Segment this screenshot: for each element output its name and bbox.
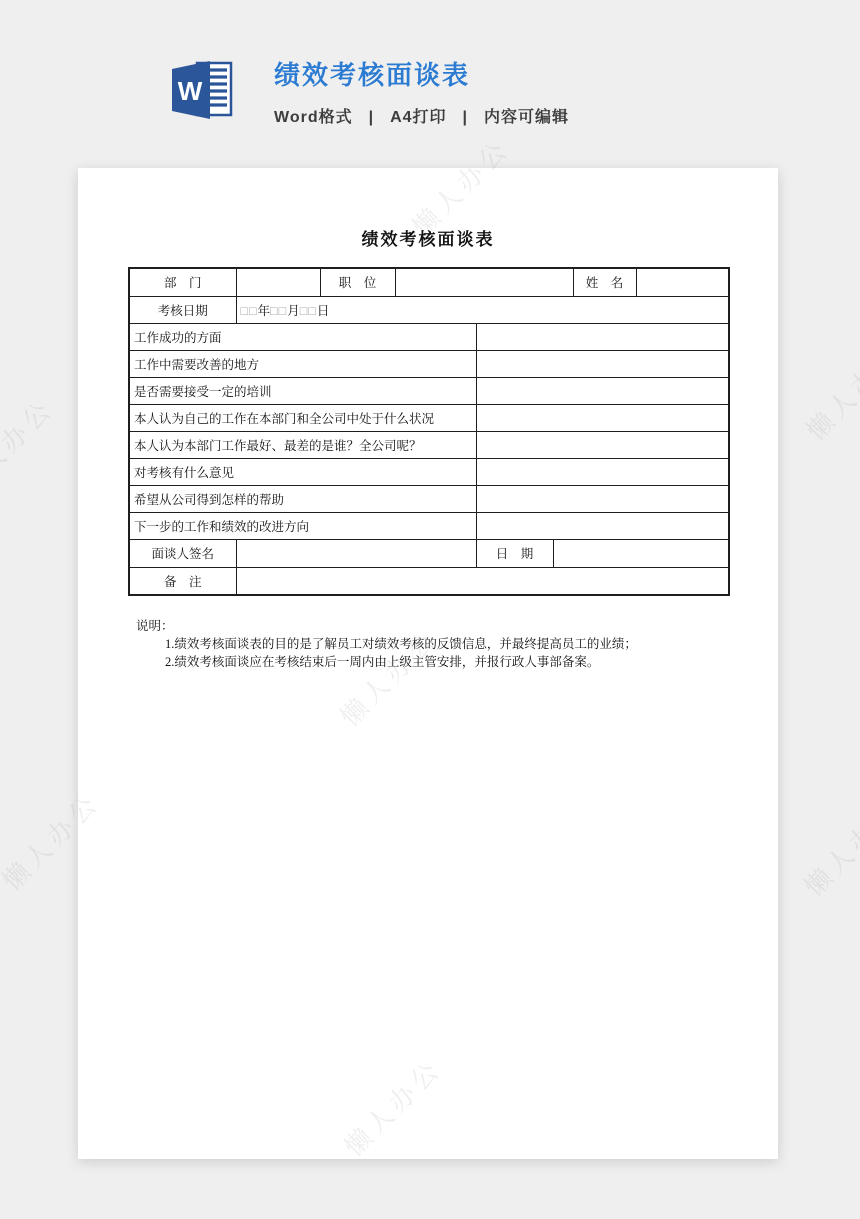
answer-cell	[476, 350, 729, 377]
subtitle-word-format: Word格式	[274, 109, 353, 126]
question-label: 希望从公司得到怎样的帮助	[129, 485, 476, 512]
table-row: 是否需要接受一定的培训	[129, 377, 729, 404]
table-row: 部 门 职 位 姓 名	[129, 268, 729, 296]
watermark: 懒人办公	[795, 790, 860, 904]
dept-value-cell	[236, 268, 320, 296]
date-day-boxes: □□	[300, 304, 317, 318]
remark-label: 备 注	[129, 567, 236, 595]
document-page: 绩效考核面谈表 部 门 职 位 姓 名 考核日期 □□年□□月□□日	[78, 168, 778, 1159]
note-item: 2.绩效考核面谈应在考核结束后一周内由上级主管安排，并报行政人事部备案。	[165, 653, 736, 671]
answer-cell	[476, 458, 729, 485]
answer-cell	[476, 323, 729, 350]
watermark: 懒人办公	[797, 334, 860, 448]
form-title: 绩效考核面谈表	[78, 225, 778, 250]
table-row: 本人认为自己的工作在本部门和全公司中处于什么状况	[129, 404, 729, 431]
subtitle-a4-print: A4打印	[390, 109, 446, 126]
table-row: 本人认为本部门工作最好、最差的是谁？全公司呢？	[129, 431, 729, 458]
date-month-unit: 月	[287, 304, 300, 318]
subtitle-separator: |	[369, 109, 374, 126]
date-year-unit: 年	[258, 304, 271, 318]
interviewer-signature-label: 面谈人签名	[129, 539, 236, 567]
notes-heading: 说明：	[136, 617, 736, 635]
table-row: 下一步的工作和绩效的改进方向	[129, 512, 729, 539]
table-row: 考核日期 □□年□□月□□日	[129, 296, 729, 323]
word-icon: W	[170, 60, 234, 120]
subtitle-editable: 内容可编辑	[484, 109, 569, 126]
table-row: 工作成功的方面	[129, 323, 729, 350]
question-label: 是否需要接受一定的培训	[129, 377, 476, 404]
answer-cell	[476, 404, 729, 431]
table-row: 面谈人签名 日 期	[129, 539, 729, 567]
answer-cell	[476, 512, 729, 539]
format-subtitle: Word格式|A4打印|内容可编辑	[274, 104, 569, 127]
note-item: 1.绩效考核面谈表的目的是了解员工对绩效考核的反馈信息，并最终提高员工的业绩；	[165, 635, 736, 653]
answer-cell	[476, 377, 729, 404]
date-year-boxes: □□	[241, 304, 258, 318]
answer-cell	[476, 431, 729, 458]
remark-cell	[236, 567, 729, 595]
name-value-cell	[636, 268, 729, 296]
appraisal-form-table: 部 门 职 位 姓 名 考核日期 □□年□□月□□日 工作成功的方面 工作中需要…	[128, 267, 730, 596]
interviewer-signature-cell	[236, 539, 476, 567]
table-row: 备 注	[129, 567, 729, 595]
position-label: 职 位	[320, 268, 395, 296]
appraisal-date-value-cell: □□年□□月□□日	[236, 296, 729, 323]
table-row: 希望从公司得到怎样的帮助	[129, 485, 729, 512]
name-label: 姓 名	[573, 268, 636, 296]
appraisal-date-label: 考核日期	[129, 296, 236, 323]
table-row: 对考核有什么意见	[129, 458, 729, 485]
table-row: 工作中需要改善的地方	[129, 350, 729, 377]
sign-date-cell	[553, 539, 729, 567]
sign-date-label: 日 期	[476, 539, 553, 567]
date-month-boxes: □□	[270, 304, 287, 318]
date-day-unit: 日	[317, 304, 330, 318]
page-title: 绩效考核面谈表	[274, 60, 569, 90]
question-label: 对考核有什么意见	[129, 458, 476, 485]
watermark: 懒人办公	[0, 390, 61, 504]
dept-label: 部 门	[129, 268, 236, 296]
svg-text:W: W	[178, 76, 203, 106]
position-value-cell	[395, 268, 573, 296]
subtitle-separator: |	[463, 109, 468, 126]
answer-cell	[476, 485, 729, 512]
site-header: W 绩效考核面谈表 Word格式|A4打印|内容可编辑	[170, 60, 569, 127]
question-label: 下一步的工作和绩效的改进方向	[129, 512, 476, 539]
question-label: 工作成功的方面	[129, 323, 476, 350]
notes-section: 说明： 1.绩效考核面谈表的目的是了解员工对绩效考核的反馈信息，并最终提高员工的…	[136, 617, 736, 671]
question-label: 本人认为自己的工作在本部门和全公司中处于什么状况	[129, 404, 476, 431]
question-label: 本人认为本部门工作最好、最差的是谁？全公司呢？	[129, 431, 476, 458]
question-label: 工作中需要改善的地方	[129, 350, 476, 377]
